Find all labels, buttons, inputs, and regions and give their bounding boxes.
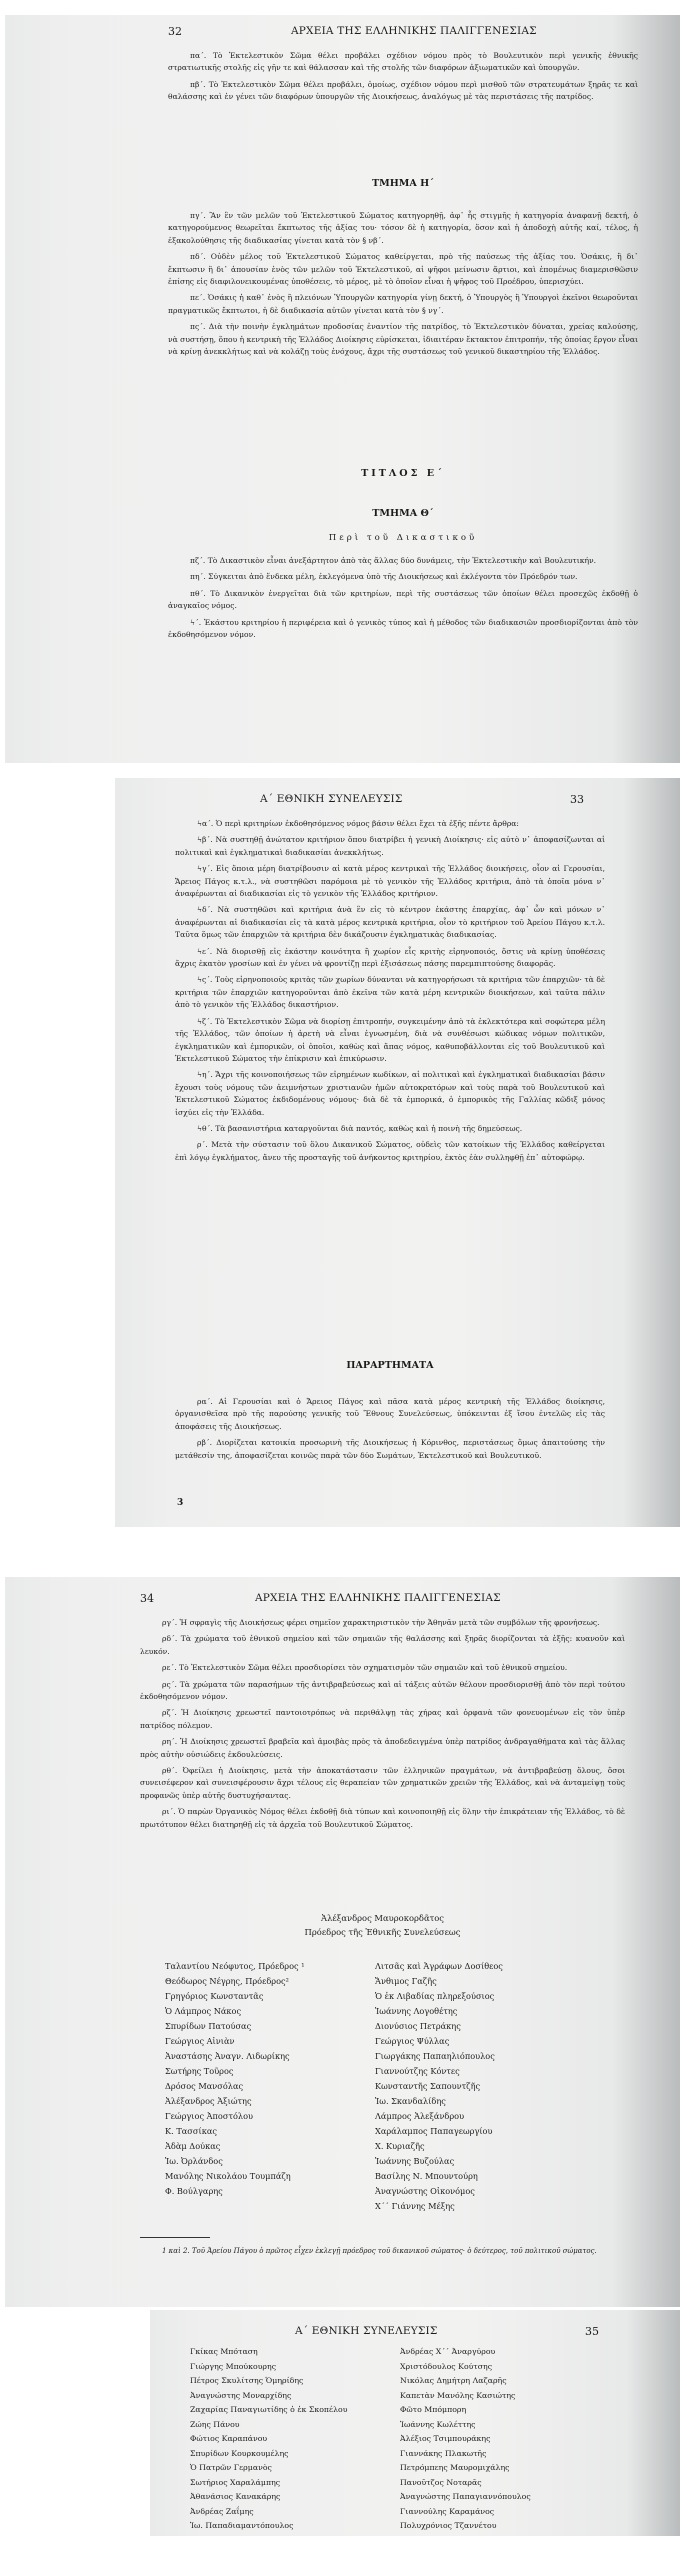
signatory: Ἀναγνώστης Μοναρχίδης bbox=[190, 2389, 400, 2404]
running-head: Α΄ ΕΘΝΙΚΗ ΣΥΝΕΛΕΥΣΙΣ bbox=[295, 2325, 438, 2337]
signatory: Γιαννάκης Πλακωτῆς bbox=[400, 2447, 610, 2462]
signatory: Γρηγόριος Κωνσταντᾶς bbox=[165, 1989, 375, 2004]
page-body: ϟα΄. Ὁ περὶ κριτηρίων ἐκδοθησόμενος νόμο… bbox=[175, 818, 605, 1168]
names-column-right: Ἀνδρέας Χ΄΄ Ἀναργύρου Χριστόδουλος Κούτσ… bbox=[400, 2345, 610, 2534]
article-99: ϟθ΄. Τὰ βασανιστήρια καταργοῦνται διὰ πα… bbox=[175, 1123, 605, 1135]
article-103: ργ΄. Ἡ σφραγὶς τῆς Διοικήσεως φέρει σημε… bbox=[140, 1617, 625, 1629]
page-number: 34 bbox=[140, 1592, 154, 1605]
page-number: 33 bbox=[570, 793, 584, 806]
appendix-heading: ΠΑΡΑΡΤΗΜΑΤΑ bbox=[175, 1360, 605, 1371]
signatory: Γεώργιος Αἰνιὰν bbox=[165, 2034, 375, 2049]
signatory: Χαράλαμπος Παπαγεωργίου bbox=[375, 2124, 585, 2139]
signatory: Γεώργιος Ψύλλας bbox=[375, 2034, 585, 2049]
signatory: Ἰω. Ὀρλάνδος bbox=[165, 2154, 375, 2169]
names-column-right: Λιτσᾶς καὶ Ἀγράφων Δοσίθεος Ἄνθιμος Γαζῆ… bbox=[375, 1959, 585, 2214]
section-heading-h: ΤΜΗΜΑ Η΄ bbox=[168, 178, 638, 189]
signatory: Ἀναγνώστης Οἰκονόμος bbox=[375, 2184, 585, 2199]
signatory: Φῶτο Μπόμπορη bbox=[400, 2403, 610, 2418]
signatory: Σωτήρης Τοῦρος bbox=[165, 2064, 375, 2079]
running-head: ΑΡΧΕΙΑ ΤΗΣ ΕΛΛΗΝΙΚΗΣ ΠΑΛΙΓΓΕΝΕΣΙΑΣ bbox=[291, 25, 537, 37]
signatory: Χ΄΄ Γιάννης Μέξης bbox=[375, 2199, 585, 2214]
signatory: Σπυρίδων Πατούσας bbox=[165, 2019, 375, 2034]
article-101: ρα΄. Αἱ Γερουσίαι καὶ ὁ Ἄρειος Πάγος καὶ… bbox=[175, 1396, 605, 1433]
article-90: ϟ΄. Ἑκάστου κριτηρίου ἡ περιφέρεια καὶ ὁ… bbox=[168, 617, 638, 642]
article-98: ϟη΄. Ἄχρι τῆς κοινοποιήσεως τῶν εἰρημένω… bbox=[175, 1069, 605, 1119]
article-92: ϟβ΄. Νὰ συστηθῇ ἀνώτατον κριτήριον ὅπου … bbox=[175, 834, 605, 859]
section-heading-th: ΤΜΗΜΑ Θ΄ bbox=[168, 508, 638, 519]
signatory: Ἰω. Παπαδιαμαντόπουλος bbox=[190, 2519, 400, 2534]
signatory: Γεώργιος Ἀποστόλου bbox=[165, 2109, 375, 2124]
page-number: 35 bbox=[585, 2325, 599, 2338]
article-96: ϟς΄. Τοὺς εἰρηνοποιοὺς κριτὰς τῶν χωρίων… bbox=[175, 974, 605, 1011]
signatory: Ἀλέξανδρος Ἀξιώτης bbox=[165, 2094, 375, 2109]
signatory: Λιτσᾶς καὶ Ἀγράφων Δοσίθεος bbox=[375, 1959, 585, 1974]
signatory: Ἀναστάσης Ἀναγν. Λιδωρίκης bbox=[165, 2049, 375, 2064]
article-93: ϟγ΄. Εἰς ὅποια μέρη διατρίβουσιν αἱ κατὰ… bbox=[175, 863, 605, 900]
article-95: ϟε΄. Νὰ διορισθῇ εἰς ἑκάστην κοινότητα ἢ… bbox=[175, 946, 605, 971]
signatory: Ἄνθιμος Γαζῆς bbox=[375, 1974, 585, 1989]
signatory: Ὁ Πατρῶν Γερμανὸς bbox=[190, 2461, 400, 2476]
signatory: Ἀνδρέας Χ΄΄ Ἀναργύρου bbox=[400, 2345, 610, 2360]
signatory: Δρόσος Μανσόλας bbox=[165, 2079, 375, 2094]
signatory: Ἰωάννης Βυζούλας bbox=[375, 2154, 585, 2169]
signatory: Φ. Βούλγαρης bbox=[165, 2184, 375, 2199]
article-88: πη΄. Σύγκειται ἀπὸ ἕνδεκα μέλη, ἐκλεγόμε… bbox=[168, 571, 638, 583]
section-subtitle: Περὶ τοῦ Δικαστικοῦ bbox=[168, 533, 638, 543]
names-column-left: Ταλαντίου Νεόφυτος, Πρόεδρος ¹ Θεόδωρος … bbox=[165, 1959, 375, 2214]
signatory-name: Ἀλέξανδρος Μαυροκορδᾶτος bbox=[140, 1911, 625, 1925]
signatory: Πετρόμπεης Μαυρομιχάλης bbox=[400, 2461, 610, 2476]
article-86: πς΄. Διὰ τὴν ποινὴν ἐγκλημάτων προδοσίας… bbox=[168, 321, 638, 358]
signatory: Κ. Τασσίκας bbox=[165, 2124, 375, 2139]
signatory: Ταλαντίου Νεόφυτος, Πρόεδρος ¹ bbox=[165, 1959, 375, 1974]
article-89: πθ΄. Τὸ Δικανικὸν ἐνεργεῖται διὰ τῶν κρι… bbox=[168, 588, 638, 613]
article-84: πδ΄. Οὐδὲν μέλος τοῦ Ἐκτελεστικοῦ Σώματο… bbox=[168, 251, 638, 288]
page-body: πζ΄. Τὸ Δικαστικὸν εἶναι ἀνεξάρτητον ἀπὸ… bbox=[168, 555, 638, 645]
signatory: Σπυρίδων Κουρκουμέλης bbox=[190, 2447, 400, 2462]
article-110: ρι΄. Ὁ παρὼν Ὀργανικὸς Νόμος θέλει ἐκδοθ… bbox=[140, 1806, 625, 1831]
page-body: πγ΄. Ἂν ἓν τῶν μελῶν τοῦ Ἐκτελεστικοῦ Σώ… bbox=[168, 210, 638, 362]
signatory: Ζώης Πάνου bbox=[190, 2418, 400, 2433]
article-104: ρδ΄. Τὰ χρώματα τοῦ ἐθνικοῦ σημείου καὶ … bbox=[140, 1633, 625, 1658]
signatory-title: Πρόεδρος τῆς Ἐθνικῆς Συνελεύσεως bbox=[140, 1925, 625, 1939]
signatory: Πανοῦτζος Νοταρᾶς bbox=[400, 2476, 610, 2491]
book-page-35: Α΄ ΕΘΝΙΚΗ ΣΥΝΕΛΕΥΣΙΣ 35 Γκίκας Μπόταση Γ… bbox=[150, 2310, 680, 2536]
page-body: ρα΄. Αἱ Γερουσίαι καὶ ὁ Ἄρειος Πάγος καὶ… bbox=[175, 1396, 605, 1466]
title-heading-e: ΤΙΤΛΟΣ Ε΄ bbox=[168, 468, 638, 479]
signatory: Ἰω. Σκανδαλίδης bbox=[375, 2094, 585, 2109]
signatory: Πολυχρόνιος Τζαννέτου bbox=[400, 2519, 610, 2534]
signatory: Γιωργάκης Παπαηλιόπουλος bbox=[375, 2049, 585, 2064]
signatory: Καπετὰν Μανόλης Κασιώτης bbox=[400, 2389, 610, 2404]
names-column-left: Γκίκας Μπόταση Γιώργης Μπούκουρης Πέτρος… bbox=[190, 2345, 400, 2534]
book-page-32: 32 ΑΡΧΕΙΑ ΤΗΣ ΕΛΛΗΝΙΚΗΣ ΠΑΛΙΓΓΕΝΕΣΙΑΣ πα… bbox=[5, 15, 680, 763]
signatory: Λάμπρος Ἀλεξάνδρου bbox=[375, 2109, 585, 2124]
article-83: πγ΄. Ἂν ἓν τῶν μελῶν τοῦ Ἐκτελεστικοῦ Σώ… bbox=[168, 210, 638, 247]
page-number: 32 bbox=[168, 25, 182, 38]
signatory: Γιαννούλης Καραμάνος bbox=[400, 2505, 610, 2520]
signatory: Ἀλέξιος Τσιμπουράκης bbox=[400, 2432, 610, 2447]
signatory: Ζαχαρίας Παναγιωτίδης ὁ ἐκ Σκοπέλου bbox=[190, 2403, 400, 2418]
signatory: Ἀδὰμ Δούκας bbox=[165, 2139, 375, 2154]
signatory: Σωτήριος Χαραλάμπης bbox=[190, 2476, 400, 2491]
footnote-rule bbox=[140, 2237, 210, 2238]
running-head: Α΄ ΕΘΝΙΚΗ ΣΥΝΕΛΕΥΣΙΣ bbox=[260, 793, 403, 805]
signatory: Θεόδωρος Νέγρης, Πρόεδρος² bbox=[165, 1974, 375, 1989]
article-81: πα΄. Τὸ Ἐκτελεστικὸν Σῶμα θέλει προβάλει… bbox=[168, 50, 638, 75]
book-page-34: 34 ΑΡΧΕΙΑ ΤΗΣ ΕΛΛΗΝΙΚΗΣ ΠΑΛΙΓΓΕΝΕΣΙΑΣ ργ… bbox=[5, 1577, 680, 2307]
signatory: Γιώργης Μπούκουρης bbox=[190, 2360, 400, 2375]
footnote-area: 1 καὶ 2. Τοῦ Ἀρείου Πάγου ὁ πρῶτος εἶχεν… bbox=[140, 2227, 625, 2257]
signatory: Ἰωάννης Κωλέττης bbox=[400, 2418, 610, 2433]
article-100: ρ΄. Μετὰ τὴν σύστασιν τοῦ ὅλου Δικανικοῦ… bbox=[175, 1139, 605, 1164]
article-102: ρβ΄. Διορίζεται κατοικία προσωρινὴ τῆς Δ… bbox=[175, 1437, 605, 1462]
signature-mark: 3 bbox=[177, 1498, 183, 1508]
signatories-list: Γκίκας Μπόταση Γιώργης Μπούκουρης Πέτρος… bbox=[190, 2345, 610, 2534]
article-87: πζ΄. Τὸ Δικαστικὸν εἶναι ἀνεξάρτητον ἀπὸ… bbox=[168, 555, 638, 567]
signatory: Ὁ Λάμπρος Νάκος bbox=[165, 2004, 375, 2019]
signatory: Διονύσιος Πετράκης bbox=[375, 2019, 585, 2034]
article-94: ϟδ΄. Νὰ συστηθῶσι καὶ κριτήρια ἀνὰ ἓν εἰ… bbox=[175, 904, 605, 941]
signatory: Ἀθανάσιος Κανακάρης bbox=[190, 2490, 400, 2505]
article-85: πε΄. Ὁσάκις ἡ καθ᾿ ἑνὸς ἢ πλειόνων Ὑπουρ… bbox=[168, 292, 638, 317]
article-105: ρε΄. Τὸ Ἐκτελεστικὸν Σῶμα θέλει προσδιορ… bbox=[140, 1662, 625, 1674]
page-body: ργ΄. Ἡ σφραγὶς τῆς Διοικήσεως φέρει σημε… bbox=[140, 1617, 625, 1835]
signatory-block: Ἀλέξανδρος Μαυροκορδᾶτος Πρόεδρος τῆς Ἐθ… bbox=[140, 1911, 625, 1939]
article-107: ρζ΄. Ἡ Διοίκησις χρεωστεῖ παντοιοτρόπως … bbox=[140, 1707, 625, 1732]
signatory: Πέτρος Σκυλίτσης Ὁμηρίδης bbox=[190, 2374, 400, 2389]
signatory: Ἰωάννης Λογοθέτης bbox=[375, 2004, 585, 2019]
signatory: Ἀνδρέας Ζαΐμης bbox=[190, 2505, 400, 2520]
article-82: πβ΄. Τὸ Ἐκτελεστικὸν Σῶμα θέλει προβάλει… bbox=[168, 79, 638, 104]
signatory: Χ. Κυριαζῆς bbox=[375, 2139, 585, 2154]
signatory: Ἀναγνώστης Παπαγιαννόπουλος bbox=[400, 2490, 610, 2505]
article-108: ρη΄. Ἡ Διοίκησις χρεωστεῖ βραβεῖα καὶ ἀμ… bbox=[140, 1736, 625, 1761]
article-97: ϟζ΄. Τὸ Ἐκτελεστικὸν Σῶμα νὰ διορίσῃ ἐπι… bbox=[175, 1016, 605, 1066]
signatory: Φώτιος Καραπάνου bbox=[190, 2432, 400, 2447]
signatory: Νικόλας Δημήτρη Λαζαρῆς bbox=[400, 2374, 610, 2389]
signatory: Χριστόδουλος Κούτσης bbox=[400, 2360, 610, 2375]
signatory: Γιαννούτζης Κόντες bbox=[375, 2064, 585, 2079]
signatory: Γκίκας Μπόταση bbox=[190, 2345, 400, 2360]
page-body: πα΄. Τὸ Ἐκτελεστικὸν Σῶμα θέλει προβάλει… bbox=[168, 50, 638, 108]
footnote: 1 καὶ 2. Τοῦ Ἀρείου Πάγου ὁ πρῶτος εἶχεν… bbox=[140, 2246, 625, 2257]
signatory: Ὁ ἐκ Λιβαδίας πληρεξούσιος bbox=[375, 1989, 585, 2004]
signatory: Κωνσταντῆς Σαπουντζῆς bbox=[375, 2079, 585, 2094]
book-page-33: Α΄ ΕΘΝΙΚΗ ΣΥΝΕΛΕΥΣΙΣ 33 ϟα΄. Ὁ περὶ κριτ… bbox=[115, 778, 680, 1527]
signatory: Βασίλης Ν. Μπουντούρη bbox=[375, 2169, 585, 2184]
signatory: Μανόλης Νικολάου Τουμπάζη bbox=[165, 2169, 375, 2184]
running-head: ΑΡΧΕΙΑ ΤΗΣ ΕΛΛΗΝΙΚΗΣ ΠΑΛΙΓΓΕΝΕΣΙΑΣ bbox=[255, 1592, 501, 1604]
article-91: ϟα΄. Ὁ περὶ κριτηρίων ἐκδοθησόμενος νόμο… bbox=[175, 818, 605, 830]
signatories-list: Ταλαντίου Νεόφυτος, Πρόεδρος ¹ Θεόδωρος … bbox=[165, 1959, 585, 2214]
article-106: ρς΄. Τὰ χρώματα τῶν παρασήμων τῆς ἀντιβρ… bbox=[140, 1679, 625, 1704]
article-109: ρθ΄. Ὀφείλει ἡ Διοίκησις, μετὰ τὴν ἀποκα… bbox=[140, 1765, 625, 1802]
